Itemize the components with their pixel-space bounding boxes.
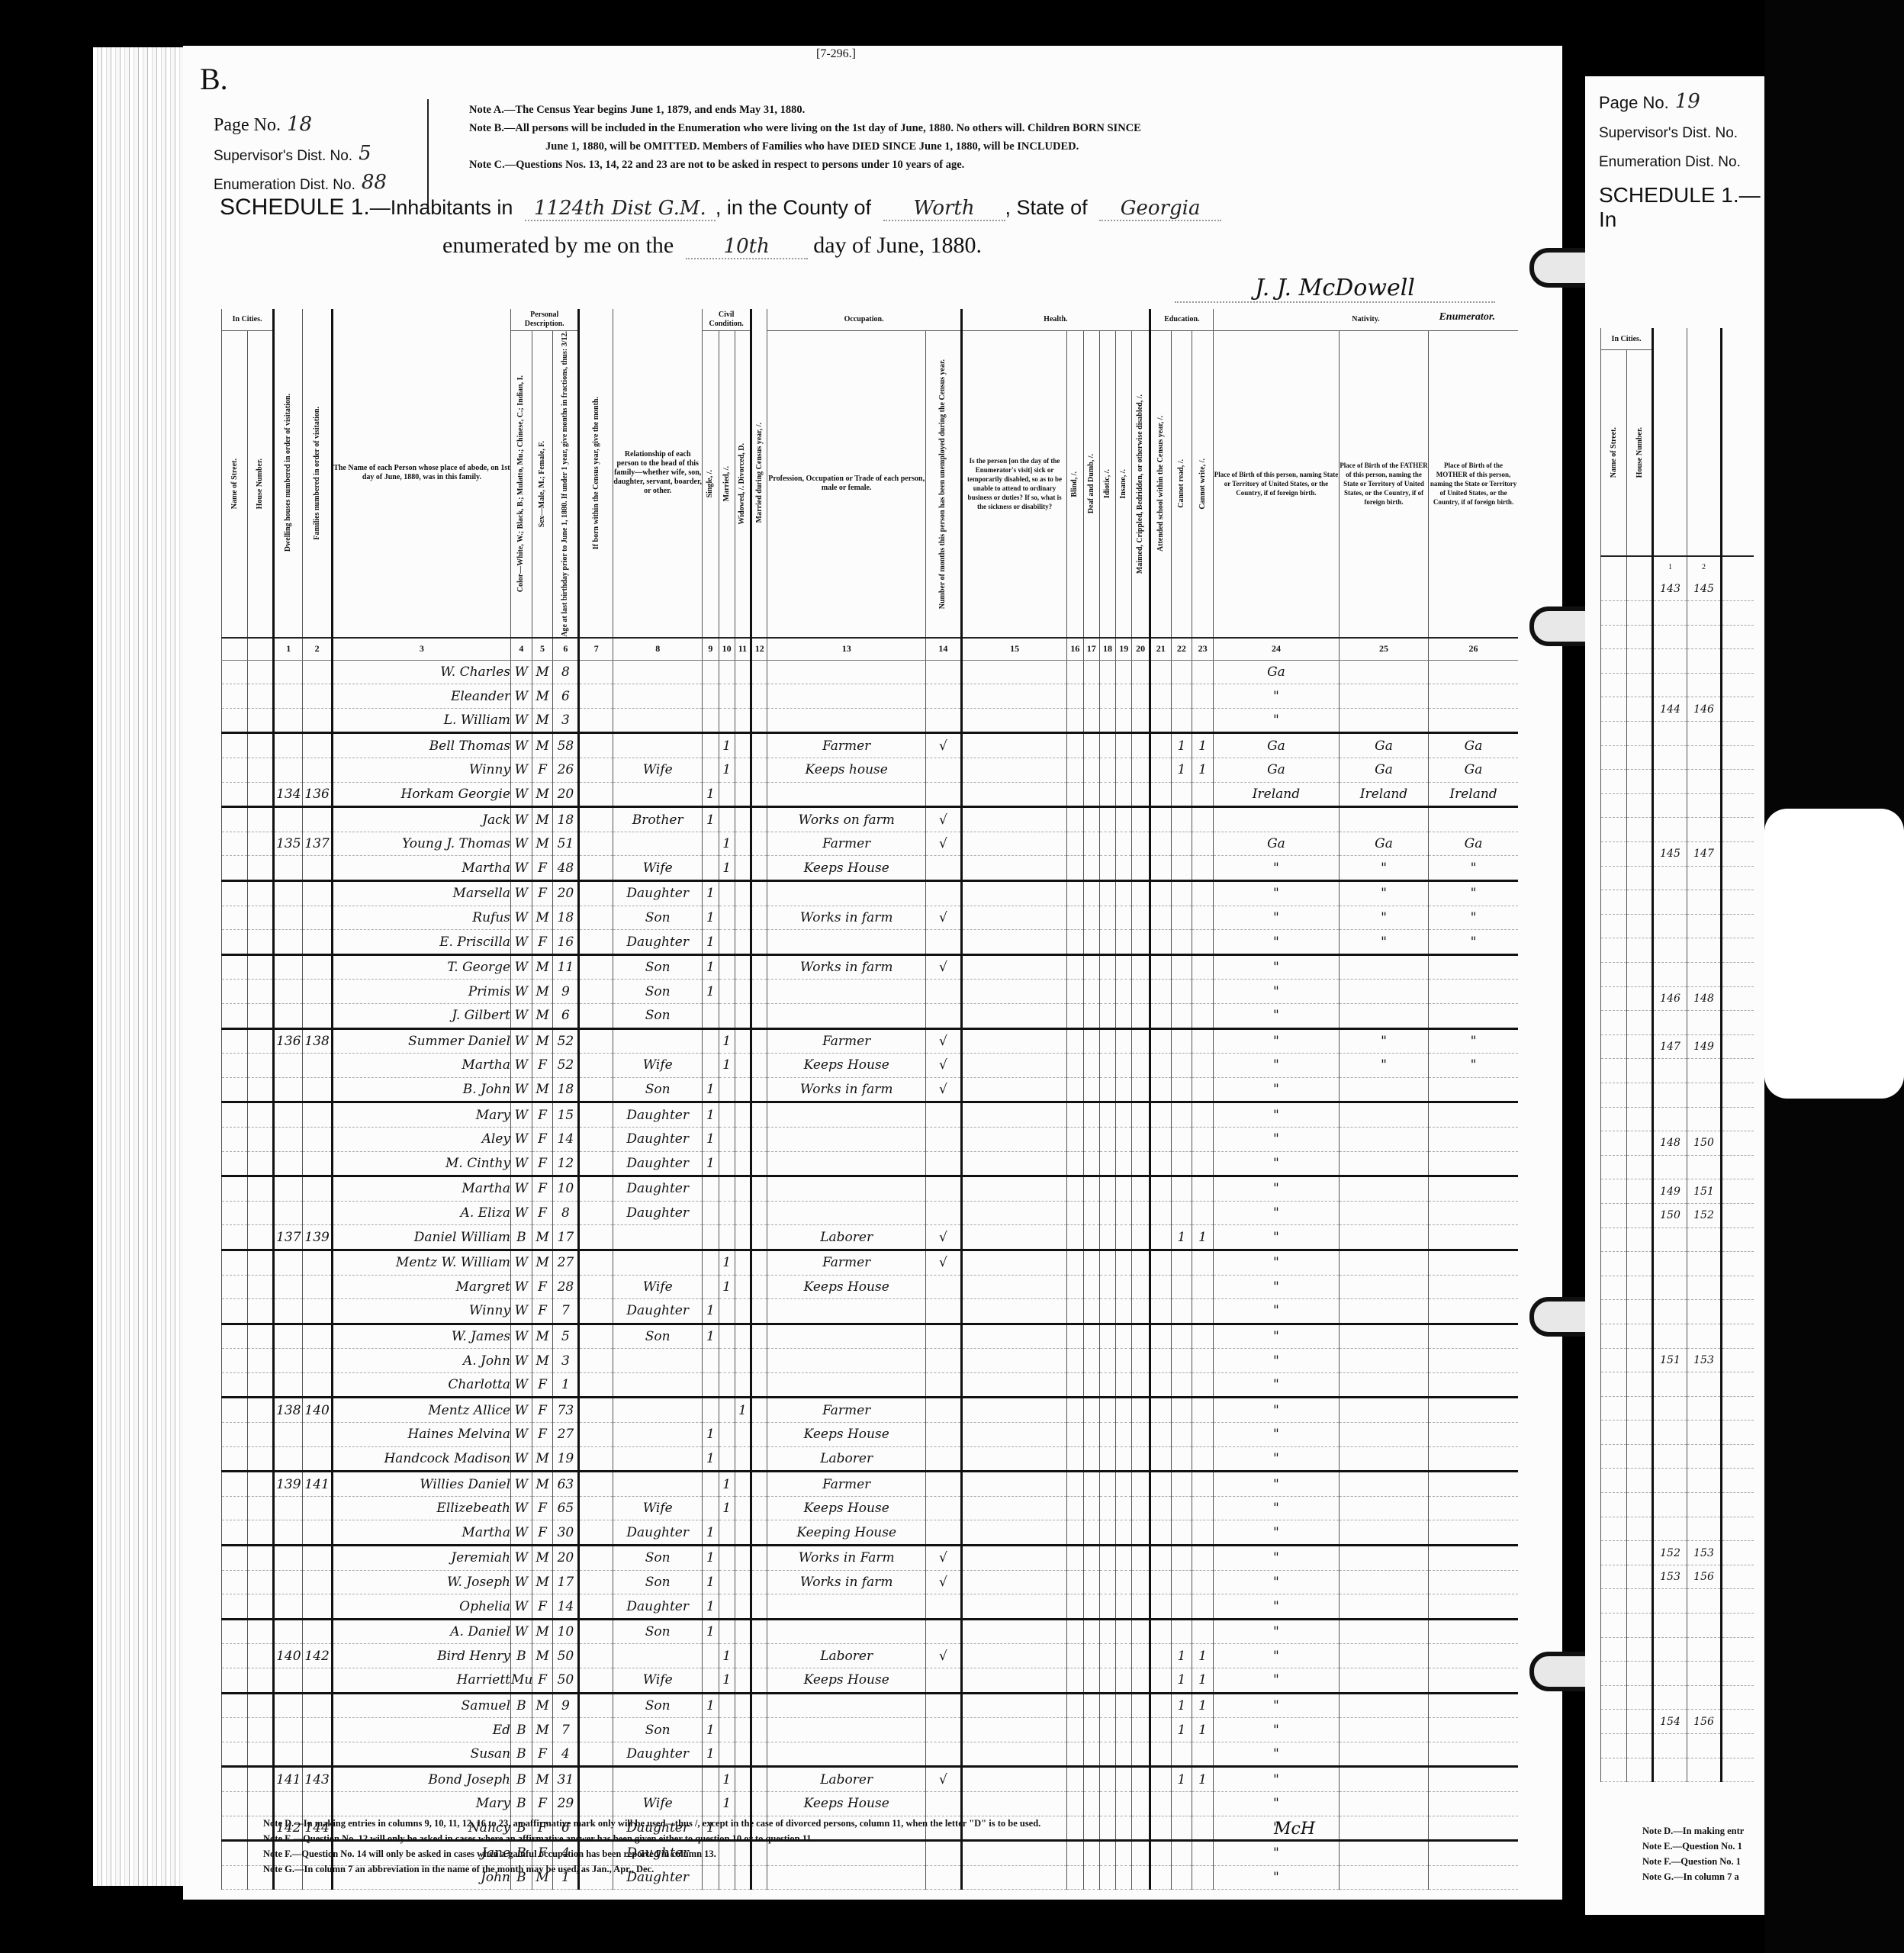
person-name: Rufus: [332, 906, 510, 930]
person-name: Bond Joseph: [332, 1767, 510, 1792]
table-row: [1601, 1083, 1754, 1107]
table-row: [1601, 1252, 1754, 1276]
table-row: 138140Mentz AlliceWF731Farmer": [222, 1398, 1519, 1423]
group-occupation: Occupation.: [767, 309, 961, 331]
table-row: MargretWF28Wife1Keeps House": [222, 1275, 1519, 1299]
table-row: [1601, 1227, 1754, 1252]
table-row: RufusWM18Son1Works in farm√""": [222, 906, 1519, 930]
table-row: 154156: [1601, 1710, 1754, 1734]
note-f: Note F.—Question No. 14 will only be ask…: [263, 1846, 1040, 1861]
table-row: W. JamesWM5Son1": [222, 1324, 1519, 1349]
header-birthplace: Place of Birth of this person, naming St…: [1213, 331, 1339, 638]
table-row: 141143Bond JosephBM311Laborer√11": [222, 1767, 1519, 1792]
person-name: Bell Thomas: [332, 733, 510, 758]
page-header-fields: Page No.18 Supervisor's Dist. No.5 Enume…: [214, 107, 387, 194]
table-row: [1601, 1517, 1754, 1541]
note-b: Note B.—All persons will be included in …: [469, 119, 1141, 137]
group-in-cities: In Cities.: [222, 309, 274, 331]
next-page-rows: 1431451441461451471461481471491481501491…: [1601, 578, 1754, 1782]
person-name: Ellizebeath: [332, 1496, 510, 1520]
person-name: Mary: [332, 1102, 510, 1128]
county-value: Worth: [883, 197, 1005, 221]
table-row: 134136Horkam GeorgieWM201IrelandIrelandI…: [222, 782, 1519, 807]
person-name: Susan: [332, 1742, 510, 1767]
table-row: E. PriscillaWF16Daughter1""": [222, 930, 1519, 955]
table-row: MaryBF29Wife1Keeps House": [222, 1791, 1519, 1816]
person-name: W. Charles: [332, 660, 510, 684]
group-education: Education.: [1150, 309, 1213, 331]
group-personal: Personal Description.: [511, 309, 579, 331]
table-row: [1601, 722, 1754, 746]
table-row: 149151: [1601, 1179, 1754, 1204]
form-code: [7-296.]: [816, 47, 856, 61]
table-row: Mentz W. WilliamWM271Farmer√": [222, 1250, 1519, 1275]
person-name: L. William: [332, 708, 510, 733]
table-row: EleanderWM6": [222, 684, 1519, 709]
person-name: J. Gilbert: [332, 1003, 510, 1028]
table-row: WinnyWF7Daughter1": [222, 1299, 1519, 1324]
person-name: Charlotta: [332, 1372, 510, 1398]
person-name: Ophelia: [332, 1594, 510, 1620]
column-number-row: 12 34 56 78 910 1112 1314 1516 1718 1920…: [222, 638, 1519, 661]
note-e: Note E.—Question No. 12 will only be ask…: [263, 1831, 1040, 1846]
person-name: B. John: [332, 1077, 510, 1102]
table-row: 146148: [1601, 986, 1754, 1011]
person-name: Mentz Allice: [332, 1398, 510, 1423]
table-row: J. GilbertWM6Son": [222, 1003, 1519, 1028]
table-row: L. WilliamWM3": [222, 708, 1519, 733]
note-c: Note C.—Questions Nos. 13, 14, 22 and 23…: [469, 156, 1141, 174]
table-row: [1601, 1300, 1754, 1324]
person-name: A. Eliza: [332, 1201, 510, 1225]
table-row: [1601, 770, 1754, 794]
table-row: MarthaWF52Wife1Keeps House√""": [222, 1054, 1519, 1078]
person-name: Horkam Georgie: [332, 782, 510, 807]
census-rows: W. CharlesWM8GaEleanderWM6"L. WilliamWM3…: [222, 660, 1519, 1890]
person-name: Margret: [332, 1275, 510, 1299]
table-row: [1601, 963, 1754, 987]
table-row: MarthaWF30Daughter1Keeping House": [222, 1520, 1519, 1546]
table-row: Haines MelvinaWF271Keeps House": [222, 1423, 1519, 1447]
table-row: 152153: [1601, 1541, 1754, 1565]
table-row: [1601, 793, 1754, 818]
person-name: Willies Daniel: [332, 1472, 510, 1497]
table-row: [1601, 1372, 1754, 1397]
instruction-notes: Note A.—The Census Year begins June 1, 1…: [469, 101, 1141, 174]
table-row: [1601, 1637, 1754, 1662]
person-name: Haines Melvina: [332, 1423, 510, 1447]
table-row: [1601, 1614, 1754, 1638]
note-g: Note G.—In column 7 an abbreviation in t…: [263, 1861, 1040, 1877]
table-row: MaryWF15Daughter1": [222, 1102, 1519, 1128]
table-row: 150152: [1601, 1203, 1754, 1227]
person-name: Martha: [332, 1054, 510, 1078]
person-name: W. Joseph: [332, 1570, 510, 1594]
header-mother-birthplace: Place of Birth of the MOTHER of this per…: [1429, 331, 1518, 638]
table-row: M. CinthyWF12Daughter1": [222, 1151, 1519, 1176]
next-page-notes: Note D.—In making entr Note E.—Question …: [1642, 1823, 1744, 1884]
table-row: A. JohnWM3": [222, 1349, 1519, 1373]
table-row: MarthaWF48Wife1Keeps House""": [222, 856, 1519, 881]
table-row: MarsellaWF20Daughter1""": [222, 881, 1519, 906]
table-row: JeremiahWM20Son1Works in Farm√": [222, 1546, 1519, 1571]
table-row: 144146: [1601, 697, 1754, 722]
person-name: Eleander: [332, 684, 510, 709]
table-row: 148150: [1601, 1131, 1754, 1156]
person-name: Young J. Thomas: [332, 832, 510, 856]
table-row: EdBM7Son111": [222, 1718, 1519, 1742]
note-b-cont: June 1, 1880, will be OMITTED. Members o…: [469, 137, 1141, 156]
person-name: Handcock Madison: [332, 1446, 510, 1472]
person-name: Winny: [332, 758, 510, 783]
table-row: [1601, 1493, 1754, 1517]
person-name: Bird Henry: [332, 1644, 510, 1668]
bottom-notes: Note D.—In making entries in columns 9, …: [263, 1816, 1040, 1877]
note-a: Note A.—The Census Year begins June 1, 1…: [469, 101, 1141, 119]
table-row: B. JohnWM18Son1Works in farm√": [222, 1077, 1519, 1102]
header-occupation: Profession, Occupation or Trade of each …: [767, 331, 926, 638]
table-row: 135137Young J. ThomasWM511Farmer√GaGaGa: [222, 832, 1519, 856]
person-name: Aley: [332, 1127, 510, 1151]
table-row: EllizebeathWF65Wife1Keeps House": [222, 1496, 1519, 1520]
header-sickness: Is the person [on the day of the Enumera…: [961, 331, 1066, 638]
table-row: [1601, 1155, 1754, 1179]
table-row: [1601, 890, 1754, 915]
table-row: 153156: [1601, 1565, 1754, 1589]
person-name: Mary: [332, 1791, 510, 1816]
next-page-schedule-title: SCHEDULE 1.—In: [1599, 183, 1764, 232]
table-row: CharlottaWF1": [222, 1372, 1519, 1398]
table-row: [1601, 601, 1754, 626]
table-row: SusanBF4Daughter1": [222, 1742, 1519, 1767]
table-row: 145147: [1601, 842, 1754, 867]
table-row: [1601, 1324, 1754, 1348]
census-page-left: [7-296.] B. Page No.18 Supervisor's Dist…: [183, 46, 1562, 1900]
table-row: 139141Willies DanielWM631Farmer": [222, 1472, 1519, 1497]
person-name: T. George: [332, 954, 510, 980]
table-row: SamuelBM9Son111": [222, 1693, 1519, 1718]
table-row: [1601, 1396, 1754, 1421]
table-row: [1601, 1734, 1754, 1758]
table-row: [1601, 625, 1754, 649]
table-row: T. GeorgeWM11Son1Works in farm√": [222, 954, 1519, 980]
person-name: Jack: [332, 807, 510, 832]
table-row: JackWM18Brother1Works on farm√: [222, 807, 1519, 832]
supervisor-district-field: Supervisor's Dist. No.5: [214, 136, 387, 165]
table-row: AleyWF14Daughter1": [222, 1127, 1519, 1151]
header-relationship: Relationship of each person to the head …: [613, 309, 703, 638]
table-row: [1601, 1662, 1754, 1686]
enumerator-signature: J. J. McDowell Enumerator.: [1175, 275, 1495, 303]
table-row: [1601, 818, 1754, 842]
table-row: 140142Bird HenryBM501Laborer√11": [222, 1644, 1519, 1668]
group-civil: Civil Condition.: [703, 309, 751, 331]
table-row: Bell ThomasWM581Farmer√11GaGaGa: [222, 733, 1519, 758]
next-page-table: In Cities. Name of Street.House Number. …: [1600, 328, 1754, 1782]
table-row: [1601, 1107, 1754, 1131]
table-row: MarthaWF10Daughter": [222, 1176, 1519, 1202]
table-row: [1601, 1685, 1754, 1710]
next-page-header: Page No.19 Supervisor's Dist. No. Enumer…: [1599, 84, 1741, 171]
enumeration-day: 10th: [686, 235, 808, 259]
table-row: [1601, 1444, 1754, 1469]
table-row: Handcock MadisonWM191Laborer": [222, 1446, 1519, 1472]
person-name: Daniel William: [332, 1225, 510, 1250]
header-father-birthplace: Place of Birth of the FATHER of this per…: [1339, 331, 1428, 638]
table-row: [1601, 673, 1754, 697]
person-name: M. Cinthy: [332, 1151, 510, 1176]
table-row: 143145: [1601, 578, 1754, 601]
person-name: Primis: [332, 980, 510, 1004]
table-row: 137139Daniel WilliamBM17Laborer√11": [222, 1225, 1519, 1250]
table-row: [1601, 914, 1754, 938]
table-row: [1601, 866, 1754, 890]
schedule-title-line: SCHEDULE 1.—Inhabitants in 1124th Dist G…: [220, 195, 1221, 221]
table-row: [1601, 649, 1754, 674]
group-health: Health.: [961, 309, 1150, 331]
person-name: Marsella: [332, 881, 510, 906]
census-table: In Cities. Dwelling houses numbered in o…: [221, 309, 1518, 1890]
enumeration-district-field: Enumeration Dist. No.88: [214, 165, 387, 194]
reviewer-initials: McH: [1274, 1819, 1315, 1839]
census-page-right-partial: Page No.19 Supervisor's Dist. No. Enumer…: [1585, 76, 1764, 1915]
person-name: Martha: [332, 1176, 510, 1202]
table-row: [1601, 1758, 1754, 1782]
person-name: Winny: [332, 1299, 510, 1324]
table-row: OpheliaWF14Daughter1": [222, 1594, 1519, 1620]
table-row: W. CharlesWM8Ga: [222, 660, 1519, 684]
person-name: Harriett: [332, 1668, 510, 1694]
enumeration-date-line: enumerated by me on the 10th day of June…: [442, 233, 982, 259]
column-group-row: In Cities. Dwelling houses numbered in o…: [222, 309, 1519, 331]
table-row: A. DanielWM10Son1": [222, 1619, 1519, 1644]
person-name: A. Daniel: [332, 1619, 510, 1644]
person-name: A. John: [332, 1349, 510, 1373]
page-number-field: Page No.18: [214, 107, 387, 136]
table-row: [1601, 1276, 1754, 1300]
person-name: Jeremiah: [332, 1546, 510, 1571]
person-name: E. Priscilla: [332, 930, 510, 955]
table-row: HarriettMuF50Wife1Keeps House11": [222, 1668, 1519, 1694]
table-row: 151153: [1601, 1348, 1754, 1372]
person-name: Martha: [332, 856, 510, 881]
table-row: [1601, 1059, 1754, 1083]
group-nativity: Nativity.: [1213, 309, 1518, 331]
state-value: Georgia: [1099, 197, 1221, 221]
table-row: [1601, 745, 1754, 770]
note-d: Note D.—In making entries in columns 9, …: [263, 1816, 1040, 1831]
table-row: W. JosephWM17Son1Works in farm√": [222, 1570, 1519, 1594]
person-name: Martha: [332, 1520, 510, 1546]
table-row: [1601, 1469, 1754, 1493]
table-row: [1601, 938, 1754, 963]
person-name: W. James: [332, 1324, 510, 1349]
person-name: Summer Daniel: [332, 1028, 510, 1054]
table-row: [1601, 1011, 1754, 1035]
table-row: 136138Summer DanielWM521Farmer√""": [222, 1028, 1519, 1054]
person-name: Samuel: [332, 1693, 510, 1718]
table-row: A. ElizaWF8Daughter": [222, 1201, 1519, 1225]
page-letter: B.: [200, 61, 228, 97]
table-row: [1601, 1589, 1754, 1614]
table-row: [1601, 1421, 1754, 1445]
person-name: Mentz W. William: [332, 1250, 510, 1275]
table-row: 147149: [1601, 1034, 1754, 1059]
table-row: WinnyWF26Wife1Keeps house11GaGaGa: [222, 758, 1519, 783]
table-row: PrimisWM9Son1": [222, 980, 1519, 1004]
scan-border: [1764, 0, 1904, 1953]
header-name: The Name of each Person whose place of a…: [332, 309, 510, 638]
district-value: 1124th Dist G.M.: [525, 197, 716, 221]
person-name: Ed: [332, 1718, 510, 1742]
